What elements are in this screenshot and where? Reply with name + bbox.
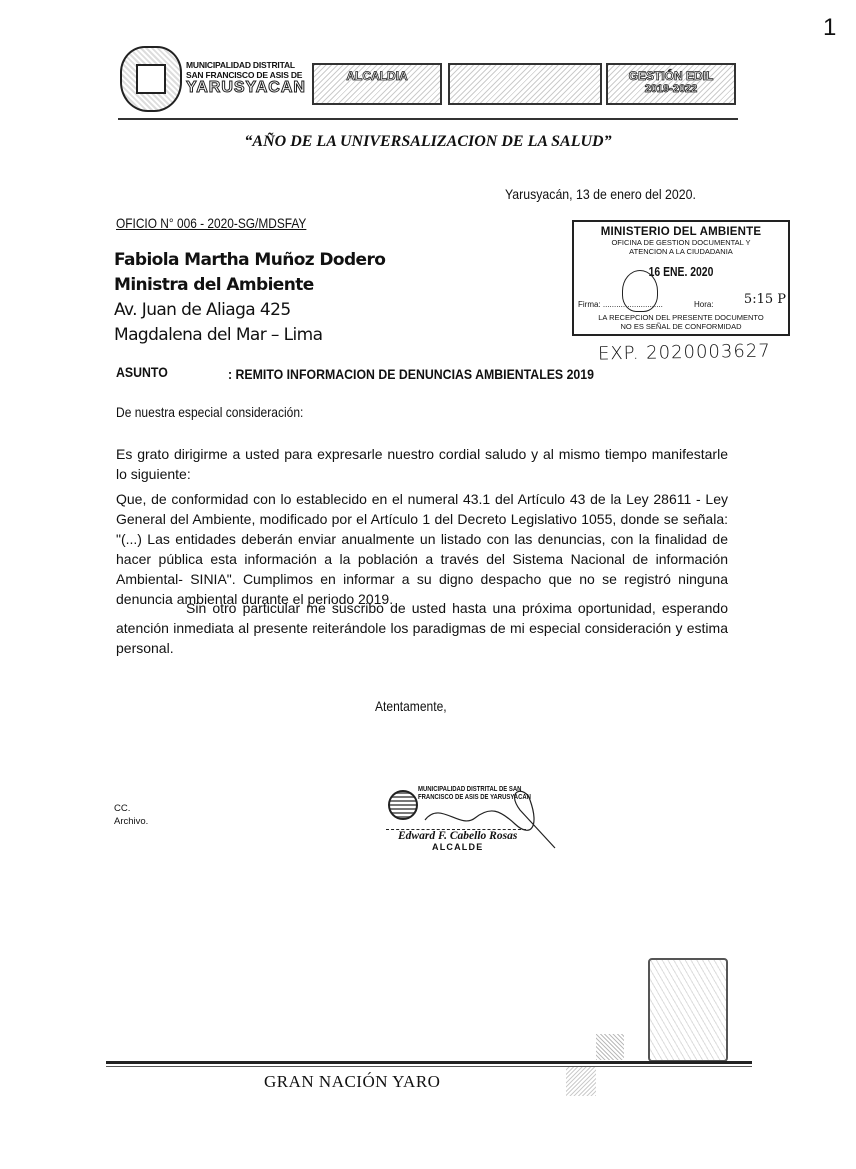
expediente-number: EXP. 2020003627 [598,340,771,364]
stamp-hora-value: 5:15 P [744,292,786,307]
signer-role: ALCALDE [432,842,483,852]
recipient-address1: Av. Juan de Aliaga 425 [114,298,385,323]
footer-slogan: GRAN NACIÓN YARO [264,1072,440,1092]
date-line: Yarusyacán, 13 de enero del 2020. [505,186,696,202]
stamp-firma-label: Firma: ........................... [578,300,663,309]
scan-artifact [596,1034,624,1060]
recipient-name: Fabiola Martha Muñoz Dodero [114,248,385,273]
municipality-line1: MUNICIPALIDAD DISTRITAL [186,60,306,70]
header-box-alcaldia: ALCALDIA [312,63,442,105]
scan-artifact [566,1066,596,1096]
greeting: De nuestra especial consideración: [116,402,303,422]
body-paragraph-3: Sin otro particular me suscribo de usted… [116,598,728,658]
header-box-gestion: GESTIÓN EDIL 2019-2022 [606,63,736,105]
stamp-date: 16 ENE. 2020 [595,264,766,279]
document-reference: OFICIO N° 006 - 2020-SG/MDSFAY [116,215,306,231]
closing: Atentamente, [375,696,447,716]
subject-value: : REMITO INFORMACION DE DENUNCIAS AMBIEN… [228,366,594,382]
year-motto: “AÑO DE LA UNIVERSALIZACION DE LA SALUD” [0,133,856,151]
stamp-hora-label: Hora: [694,300,714,309]
stamp-title: MINISTERIO DEL AMBIENTE [574,226,788,238]
stamp-note: LA RECEPCION DEL PRESENTE DOCUMENTO NO E… [574,313,788,331]
header-box-gestion-period: 2019-2022 [608,83,734,95]
cc-archive: Archivo. [114,815,148,828]
stamp-office-line2: ATENCION A LA CIUDADANIA [574,247,788,256]
signer-name: Edward F. Cabello Rosas [398,830,517,842]
page-number: 1 [823,14,836,42]
stamp-note-line1: LA RECEPCION DEL PRESENTE DOCUMENTO [574,313,788,322]
municipality-name-block: MUNICIPALIDAD DISTRITAL SAN FRANCISCO DE… [186,60,306,96]
footer-divider [106,1061,752,1064]
header-box-alcaldia-label: ALCALDIA [314,69,440,83]
stamp-note-line2: NO ES SEÑAL DE CONFORMIDAD [574,322,788,331]
municipality-name: YARUSYACAN [186,80,306,96]
footer-divider-thin [106,1066,752,1067]
qr-code-icon [648,958,728,1062]
subject-label: ASUNTO [116,364,168,380]
body-paragraph-1: Es grato dirigirme a usted para expresar… [116,444,728,484]
recipient-address2: Magdalena del Mar – Lima [114,323,385,348]
stamp-office-line1: OFICINA DE GESTION DOCUMENTAL Y [574,238,788,247]
municipal-seal-icon [388,790,418,820]
copy-list: CC. Archivo. [114,802,148,828]
header-box-gestion-label: GESTIÓN EDIL [608,69,734,83]
recipient-block: Fabiola Martha Muñoz Dodero Ministra del… [114,248,385,348]
header-box-middle [448,63,602,105]
recipient-title: Ministra del Ambiente [114,273,385,298]
header-divider [118,118,738,120]
municipal-crest-icon [120,46,182,112]
body-paragraph-2: Que, de conformidad con lo establecido e… [116,489,728,609]
reception-stamp: MINISTERIO DEL AMBIENTE OFICINA DE GESTI… [572,220,790,336]
cc-label: CC. [114,802,148,815]
